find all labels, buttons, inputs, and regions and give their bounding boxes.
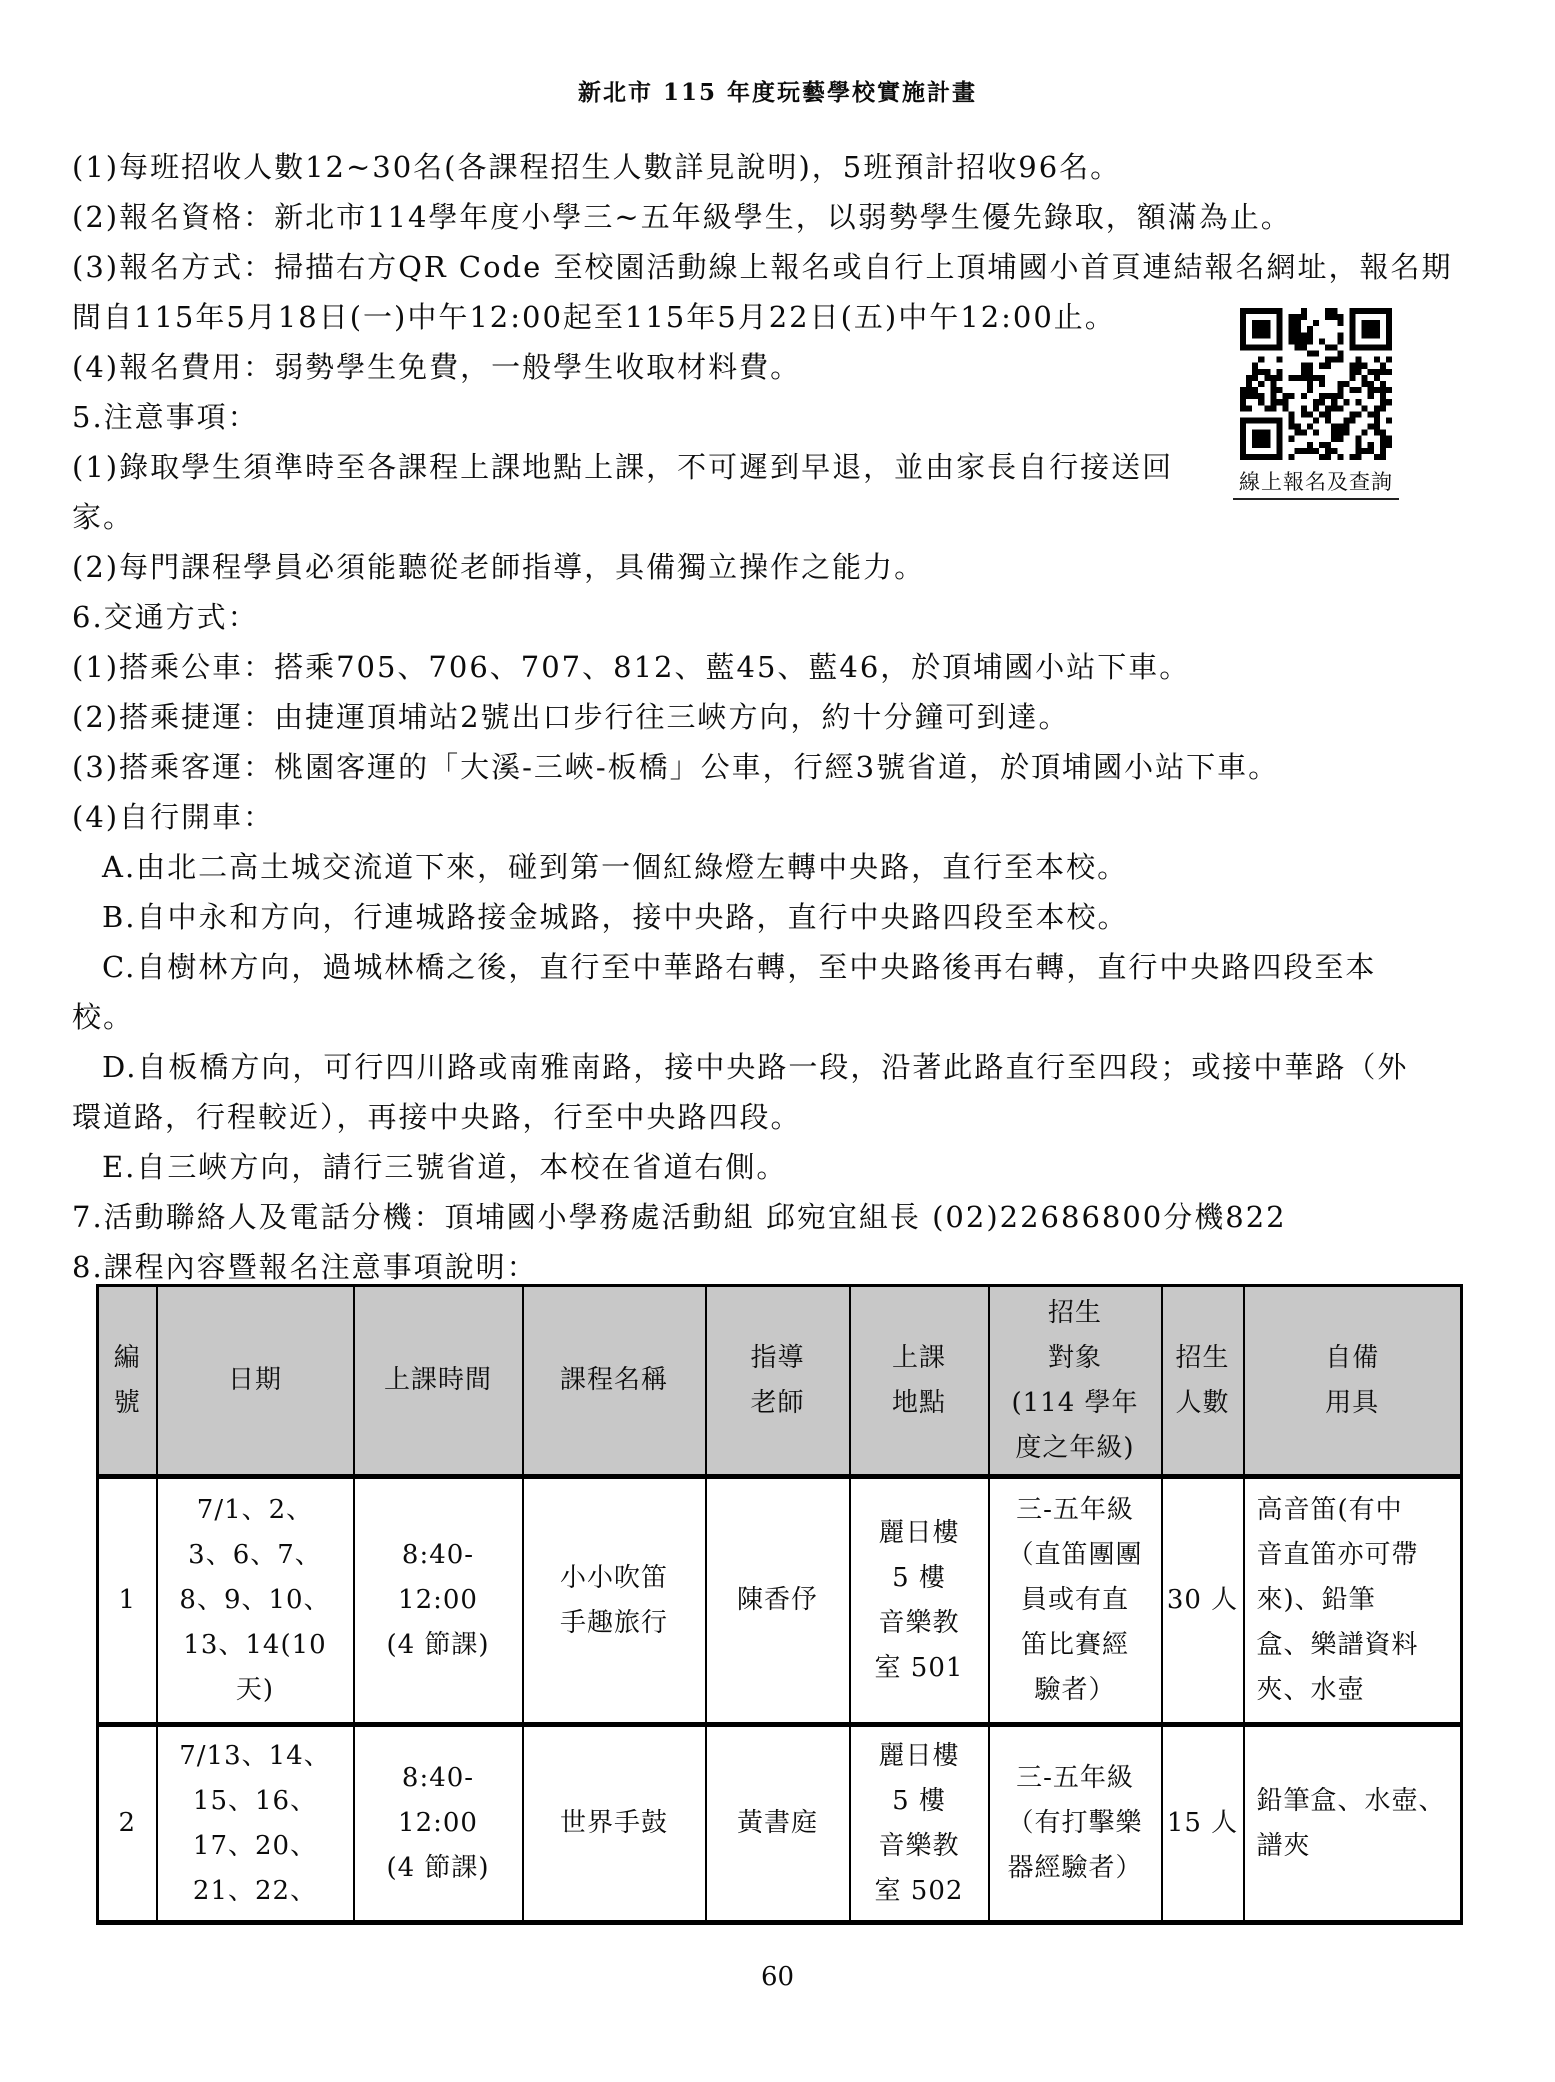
cell-equipment: 高音笛(有中 音直笛亦可帶 來)、鉛筆 盒、樂譜資料 夾、水壺: [1244, 1477, 1462, 1725]
cell-location: 麗日樓 5 樓 音樂教 室 501: [850, 1477, 989, 1725]
body-line-14: (4)自行開車：: [72, 792, 1504, 842]
course-table: 編 號 日期 上課時間 課程名稱 指導 老師 上課 地點 招生 對象 (114 …: [96, 1284, 1463, 1925]
body-line-22: 7.活動聯絡人及電話分機：頂埔國小學務處活動組 邱宛宜組長 (02)226868…: [72, 1192, 1504, 1242]
col-header-course: 課程名稱: [523, 1286, 706, 1477]
cell-location: 麗日樓 5 樓 音樂教 室 502: [850, 1725, 989, 1923]
cell-date: 7/1、2、 3、6、7、 8、9、10、 13、14(10 天): [157, 1477, 354, 1725]
cell-quota: 15 人: [1162, 1725, 1244, 1923]
body-line-13: (3)搭乘客運：桃園客運的「大溪-三峽-板橋」公車，行經3號省道，於頂埔國小站下…: [72, 742, 1504, 792]
col-header-date: 日期: [157, 1286, 354, 1477]
cell-teacher: 陳香伃: [706, 1477, 850, 1725]
document-page: 新北市 115 年度玩藝學校實施計畫 (1)每班招收人數12~30名(各課程招生…: [0, 0, 1555, 2082]
col-header-time: 上課時間: [354, 1286, 523, 1477]
body-line-11: (1)搭乘公車：搭乘705、706、707、812、藍45、藍46，於頂埔國小站…: [72, 642, 1504, 692]
body-line-21: E.自三峽方向，請行三號省道，本校在省道右側。: [72, 1142, 1504, 1192]
col-header-target: 招生 對象 (114 學年 度之年級): [989, 1286, 1162, 1477]
cell-number: 2: [98, 1725, 157, 1923]
body-line-3: (3)報名方式：掃描右方QR Code 至校園活動線上報名或自行上頂埔國小首頁連…: [72, 242, 1504, 292]
body-line-2: (2)報名資格：新北市114學年度小學三~五年級學生，以弱勢學生優先錄取，額滿為…: [72, 192, 1504, 242]
cell-equipment: 鉛筆盒、水壺、 譜夾: [1244, 1725, 1462, 1923]
body-line-17: C.自樹林方向，過城林橋之後，直行至中華路右轉，至中央路後再右轉，直行中央路四段…: [72, 942, 1504, 992]
body-line-18: 校。: [72, 992, 1504, 1042]
cell-time: 8:40- 12:00 (4 節課): [354, 1725, 523, 1923]
body-line-15: A.由北二高土城交流道下來，碰到第一個紅綠燈左轉中央路，直行至本校。: [72, 842, 1504, 892]
body-line-1: (1)每班招收人數12~30名(各課程招生人數詳見說明)，5班預計招收96名。: [72, 142, 1504, 192]
col-header-teacher: 指導 老師: [706, 1286, 850, 1477]
qr-code-block: 線上報名及查詢: [1231, 308, 1401, 500]
cell-quota: 30 人: [1162, 1477, 1244, 1725]
cell-course: 小小吹笛 手趣旅行: [523, 1477, 706, 1725]
body-line-19: D.自板橋方向，可行四川路或南雅南路，接中央路一段，沿著此路直行至四段；或接中華…: [72, 1042, 1504, 1092]
cell-target: 三-五年級 （直笛團團 員或有直 笛比賽經 驗者）: [989, 1477, 1162, 1725]
page-number: 60: [0, 1962, 1555, 1992]
cell-number: 1: [98, 1477, 157, 1725]
table-header-row: 編 號 日期 上課時間 課程名稱 指導 老師 上課 地點 招生 對象 (114 …: [98, 1286, 1462, 1477]
cell-time: 8:40- 12:00 (4 節課): [354, 1477, 523, 1725]
cell-target: 三-五年級 （有打擊樂 器經驗者）: [989, 1725, 1162, 1923]
page-title: 新北市 115 年度玩藝學校實施計畫: [0, 74, 1555, 107]
col-header-number: 編 號: [98, 1286, 157, 1477]
body-line-20: 環道路，行程較近），再接中央路，行至中央路四段。: [72, 1092, 1504, 1142]
col-header-location: 上課 地點: [850, 1286, 989, 1477]
body-line-9: (2)每門課程學員必須能聽從老師指導，具備獨立操作之能力。: [72, 542, 1504, 592]
qr-caption: 線上報名及查詢: [1233, 466, 1399, 500]
cell-teacher: 黃書庭: [706, 1725, 850, 1923]
qr-code: [1240, 308, 1392, 460]
body-line-12: (2)搭乘捷運：由捷運頂埔站2號出口步行往三峽方向，約十分鐘可到達。: [72, 692, 1504, 742]
col-header-quota: 招生 人數: [1162, 1286, 1244, 1477]
cell-date: 7/13、14、 15、16、 17、20、 21、22、: [157, 1725, 354, 1923]
table-row-1: 1 7/1、2、 3、6、7、 8、9、10、 13、14(10 天) 8:40…: [98, 1477, 1462, 1725]
body-line-16: B.自中永和方向，行連城路接金城路，接中央路，直行中央路四段至本校。: [72, 892, 1504, 942]
cell-course: 世界手鼓: [523, 1725, 706, 1923]
body-line-10: 6.交通方式：: [72, 592, 1504, 642]
col-header-equipment: 自備 用具: [1244, 1286, 1462, 1477]
table-row-2: 2 7/13、14、 15、16、 17、20、 21、22、 8:40- 12…: [98, 1725, 1462, 1923]
